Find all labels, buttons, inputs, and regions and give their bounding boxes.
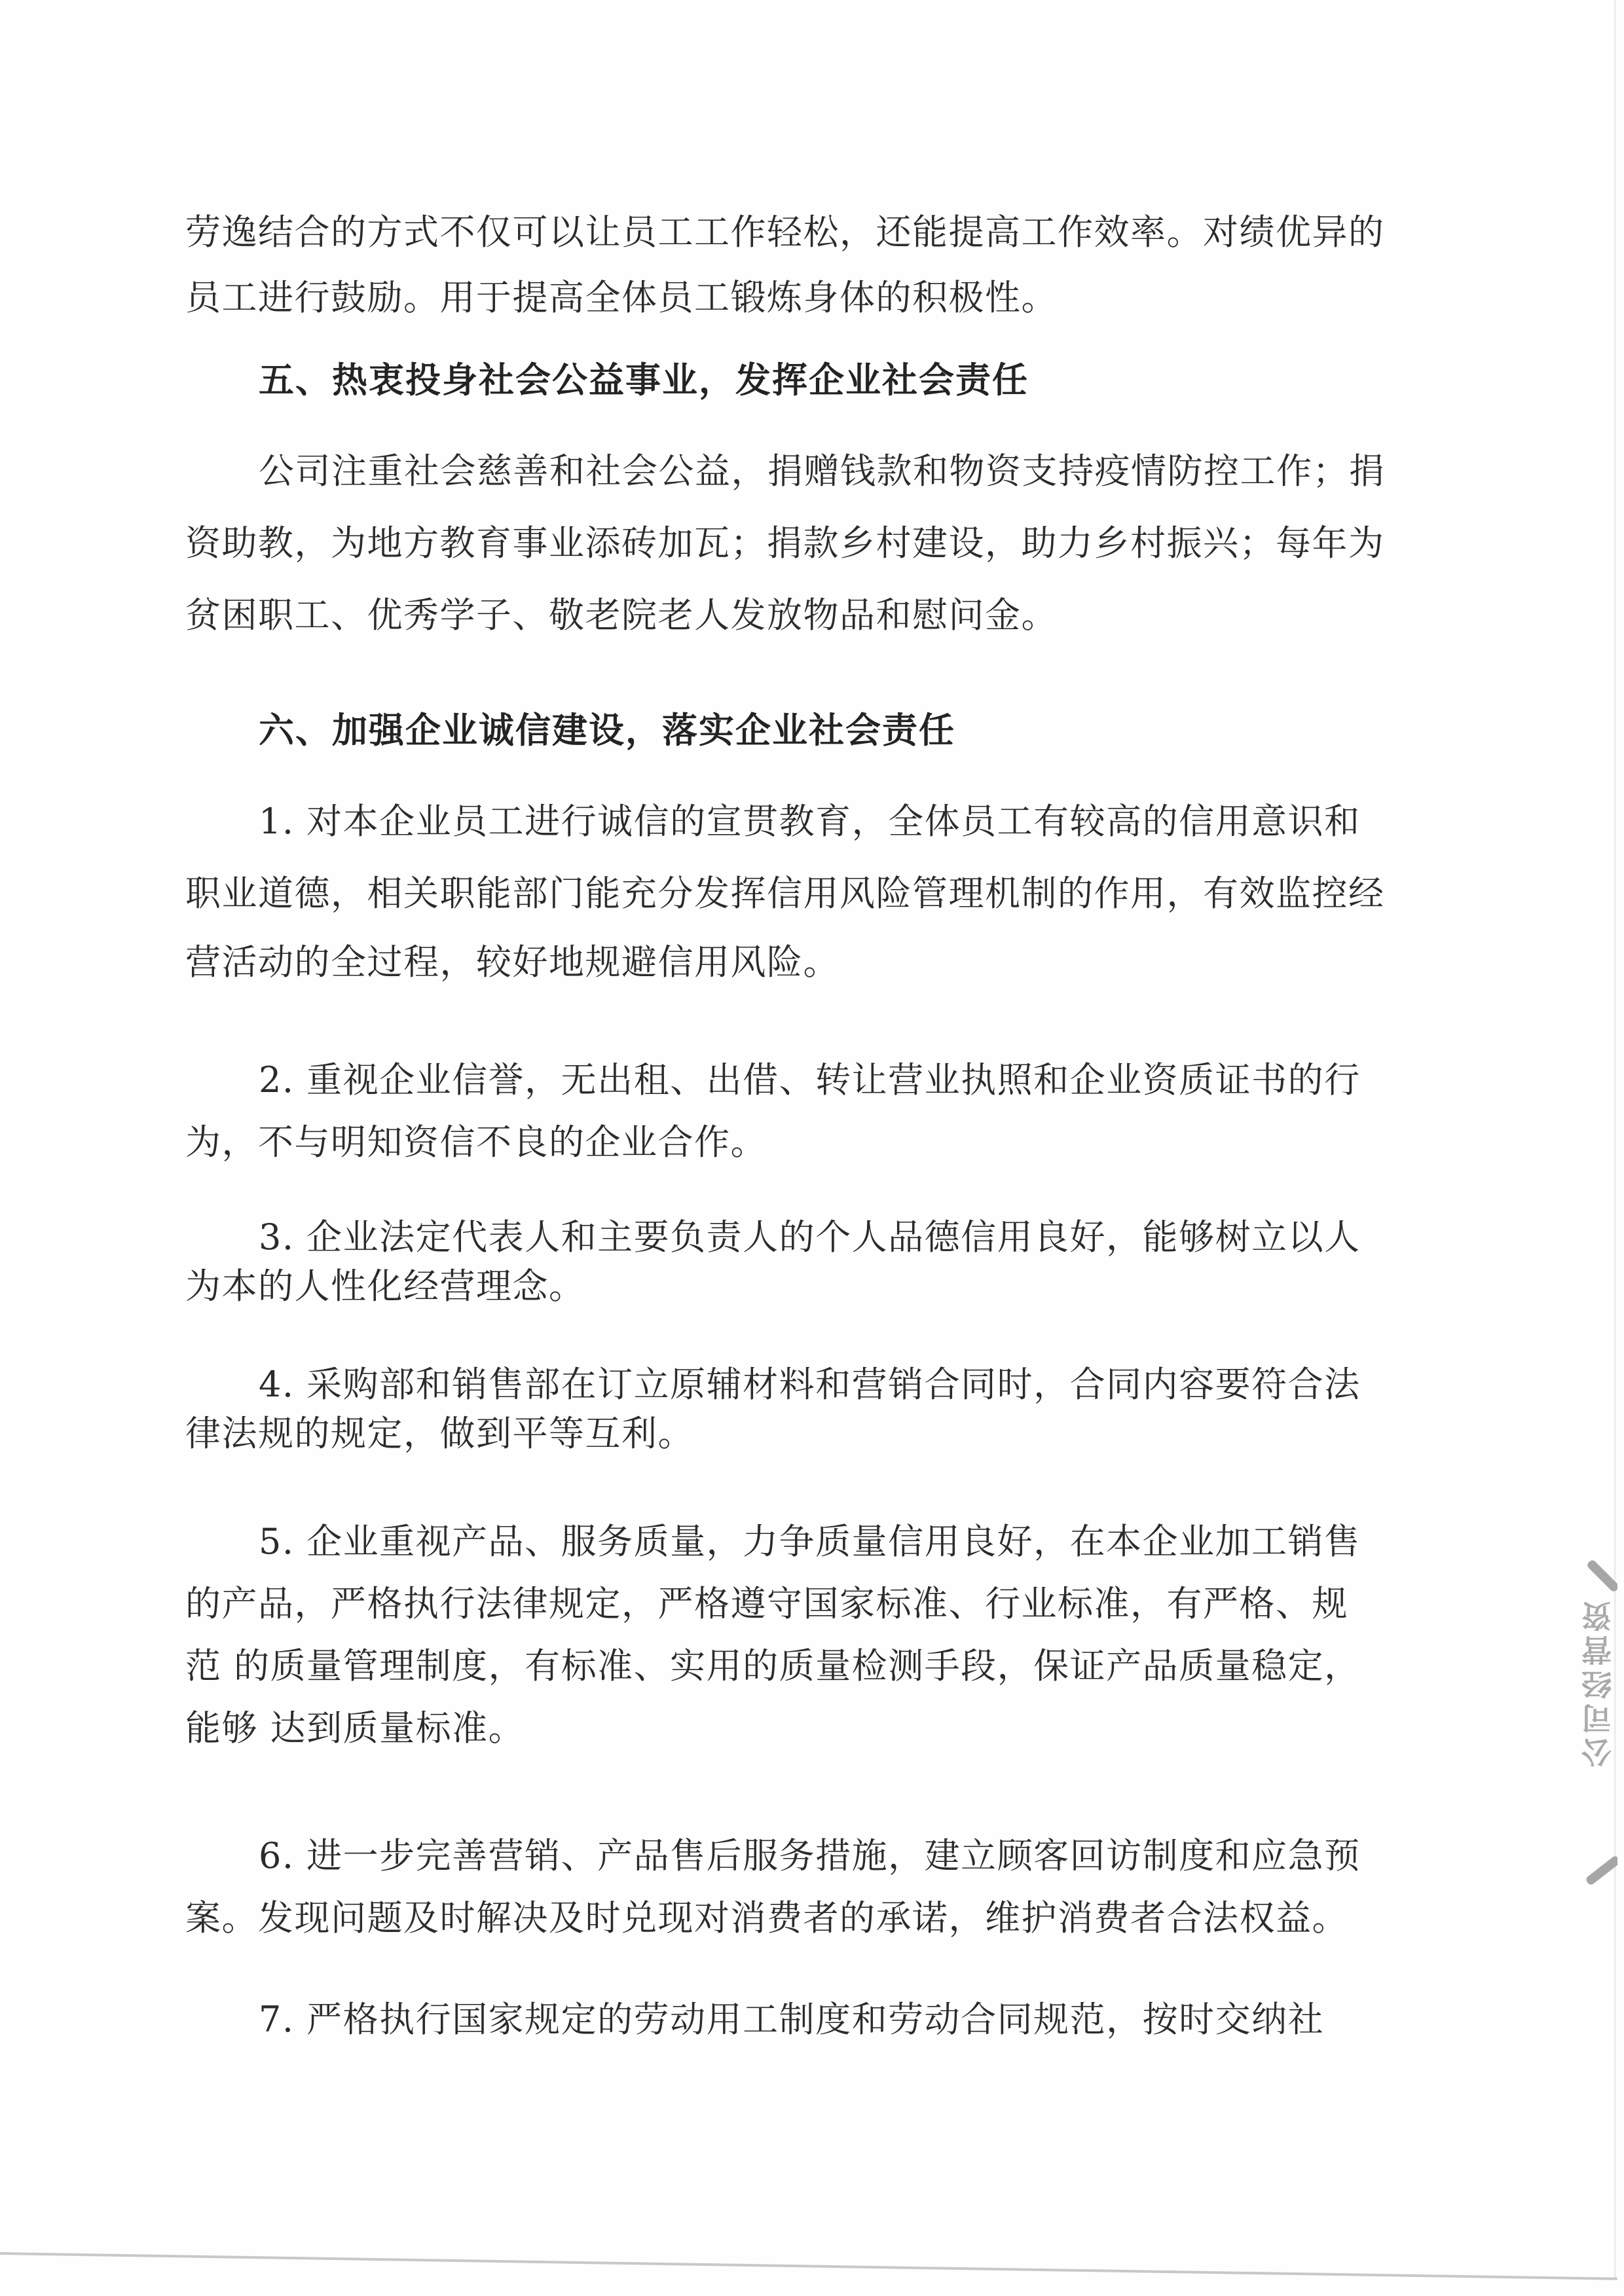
paragraph-line: 的产品，严格执行法律规定，严格遵守国家标准、行业标准，有严格、规 — [185, 1584, 1348, 1624]
paragraph-line: 6. 进一步完善营销、产品售后服务措施，建立顾客回访制度和应急预 — [259, 1836, 1361, 1876]
paragraph-line: 员工进行鼓励。用于提高全体员工锻炼身体的积极性。 — [185, 278, 1058, 318]
page-bottom-edge — [0, 2252, 1617, 2280]
seal-text: 公司经营资 — [1577, 1597, 1617, 1768]
seal-border-arc — [1585, 1855, 1617, 1886]
paragraph-line: 2. 重视企业信誉，无出租、出借、转让营业执照和企业资质证书的行 — [259, 1061, 1361, 1100]
paragraph-line: 4. 采购部和销售部在订立原辅材料和营销合同时，合同内容要符合法 — [259, 1365, 1361, 1404]
seal-border-arc — [1586, 1559, 1617, 1593]
paragraph-line: 劳逸结合的方式不仅可以让员工工作轻松，还能提高工作效率。对绩优异的 — [185, 213, 1385, 252]
paragraph-line: 营活动的全过程，较好地规避信用风险。 — [185, 943, 840, 982]
paragraph-line: 范 的质量管理制度，有标准、实用的质量检测手段，保证产品质量稳定， — [185, 1647, 1361, 1686]
section-heading: 六、加强企业诚信建设，落实企业社会责任 — [259, 710, 955, 750]
document-page: 劳逸结合的方式不仅可以让员工工作轻松，还能提高工作效率。对绩优异的员工进行鼓励。… — [0, 0, 1624, 2296]
paragraph-line: 为本的人性化经营理念。 — [185, 1267, 585, 1306]
paragraph-line: 3. 企业法定代表人和主要负责人的个人品德信用良好，能够树立以人 — [259, 1218, 1361, 1257]
paragraph-line: 资助教，为地方教育事业添砖加瓦；捐款乡村建设，助力乡村振兴；每年为 — [185, 524, 1385, 563]
section-heading: 五、热衷投身社会公益事业，发挥企业社会责任 — [259, 360, 1029, 399]
paragraph-line: 公司注重社会慈善和社会公益，捐赠钱款和物资支持疫情防控工作；捐 — [259, 452, 1386, 491]
paragraph-line: 1. 对本企业员工进行诚信的宣贯教育，全体员工有较高的信用意识和 — [259, 802, 1361, 841]
paragraph-line: 律法规的规定，做到平等互利。 — [185, 1414, 694, 1453]
seal-stamp-fragment: 公司经营资 — [1572, 1558, 1617, 1899]
paragraph-line: 贫困职工、优秀学子、敬老院老人发放物品和慰问金。 — [185, 596, 1058, 635]
paragraph-line: 能够 达到质量标准。 — [185, 1709, 525, 1748]
paragraph-line: 案。发现问题及时解决及时兑现对消费者的承诺，维护消费者合法权益。 — [185, 1899, 1348, 1938]
paragraph-line: 职业道德，相关职能部门能充分发挥信用风险管理机制的作用，有效监控经 — [185, 874, 1385, 913]
paragraph-line: 7. 严格执行国家规定的劳动用工制度和劳动合同规范，按时交纳社 — [259, 2000, 1324, 2039]
page-right-edge — [1614, 0, 1616, 2278]
paragraph-line: 5. 企业重视产品、服务质量，力争质量信用良好，在本企业加工销售 — [259, 1522, 1361, 1561]
paragraph-line: 为，不与明知资信不良的企业合作。 — [185, 1123, 767, 1162]
